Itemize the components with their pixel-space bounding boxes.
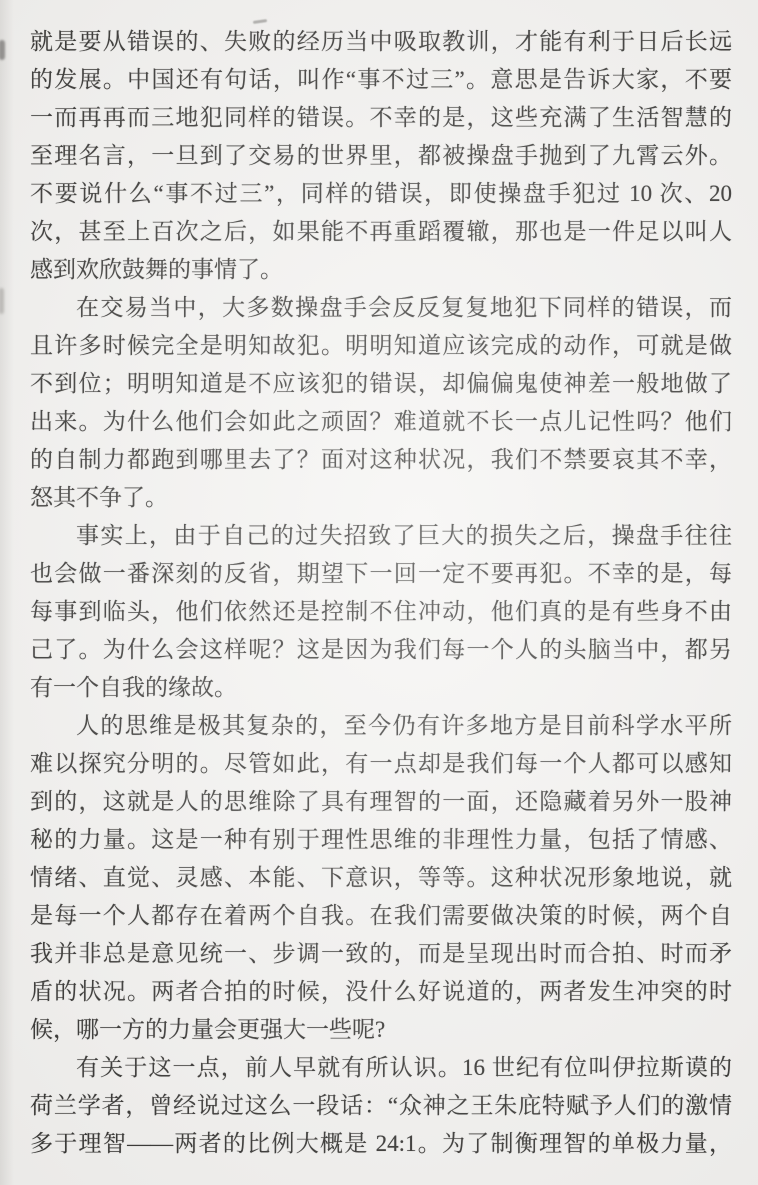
text-line: 是每一个人都存在着两个自我。在我们需要做决策的时候，两个自 — [30, 897, 732, 935]
text-line: 有一个自我的缘故。 — [30, 669, 732, 707]
text-line: 盾的状况。两者合拍的时候，没什么好说道的，两者发生冲突的时 — [30, 973, 732, 1011]
text-line: 就是要从错误的、失败的经历当中吸取教训，才能有利于日后长远 — [30, 23, 732, 61]
book-page: 就是要从错误的、失败的经历当中吸取教训，才能有利于日后长远 的发展。中国还有句话… — [0, 0, 758, 1185]
text-line: 也会做一番深刻的反省，期望下一回一定不要再犯。不幸的是，每 — [30, 555, 732, 593]
text-line: 不到位；明明知道是不应该犯的错误，却偏偏鬼使神差一般地做了 — [30, 365, 732, 403]
text-line: 在交易当中，大多数操盘手会反反复复地犯下同样的错误，而 — [30, 289, 732, 327]
text-line: 且许多时候完全是明知故犯。明明知道应该完成的动作，可就是做 — [30, 327, 732, 365]
text-line: 怒其不争了。 — [30, 479, 732, 517]
text-line: 每事到临头，他们依然还是控制不住冲动，他们真的是有些身不由 — [30, 593, 732, 631]
text-line: 的自制力都跑到哪里去了？面对这种状况，我们不禁要哀其不幸， — [30, 441, 732, 479]
text-line: 荷兰学者，曾经说过这么一段话：“众神之王朱庇特赋予人们的激情 — [30, 1087, 732, 1125]
text-line: 至理名言，一旦到了交易的世界里，都被操盘手抛到了九霄云外。 — [30, 137, 732, 175]
text-line: 出来。为什么他们会如此之顽固？难道就不长一点儿记性吗？他们 — [30, 403, 732, 441]
text-line: 多于理智——两者的比例大概是 24:1。为了制衡理智的单极力量， — [30, 1125, 732, 1163]
text-line: 到的，这就是人的思维除了具有理智的一面，还隐藏着另外一股神 — [30, 783, 732, 821]
text-line: 候，哪一方的力量会更强大一些呢? — [30, 1011, 732, 1049]
text-line: 己了。为什么会这样呢？这是因为我们每一个人的头脑当中，都另 — [30, 631, 732, 669]
text-line: 感到欢欣鼓舞的事情了。 — [30, 251, 732, 289]
text-line: 难以探究分明的。尽管如此，有一点却是我们每一个人都可以感知 — [30, 745, 732, 783]
text-line: 事实上，由于自己的过失招致了巨大的损失之后，操盘手往往 — [30, 517, 732, 555]
text-line: 人的思维是极其复杂的，至今仍有许多地方是目前科学水平所 — [30, 707, 732, 745]
text-line: 情绪、直觉、灵感、本能、下意识，等等。这种状况形象地说，就 — [30, 859, 732, 897]
scan-edge-artifact — [0, 288, 4, 314]
text-line: 不要说什么“事不过三”，同样的错误，即使操盘手犯过 10 次、20 — [30, 175, 732, 213]
text-line: 一而再再而三地犯同样的错误。不幸的是，这些充满了生活智慧的 — [30, 99, 732, 137]
text-line: 有关于这一点，前人早就有所认识。16 世纪有位叫伊拉斯谟的 — [30, 1049, 732, 1087]
text-line: 次，甚至上百次之后，如果能不再重蹈覆辙，那也是一件足以叫人 — [30, 213, 732, 251]
text-line: 秘的力量。这是一种有别于理性思维的非理性力量，包括了情感、 — [30, 821, 732, 859]
page-text-block: 就是要从错误的、失败的经历当中吸取教训，才能有利于日后长远 的发展。中国还有句话… — [30, 23, 732, 1163]
text-line: 的发展。中国还有句话，叫作“事不过三”。意思是告诉大家，不要 — [30, 61, 732, 99]
scan-edge-artifact — [0, 40, 5, 60]
text-line: 我并非总是意见统一、步调一致的，而是呈现出时而合拍、时而矛 — [30, 935, 732, 973]
